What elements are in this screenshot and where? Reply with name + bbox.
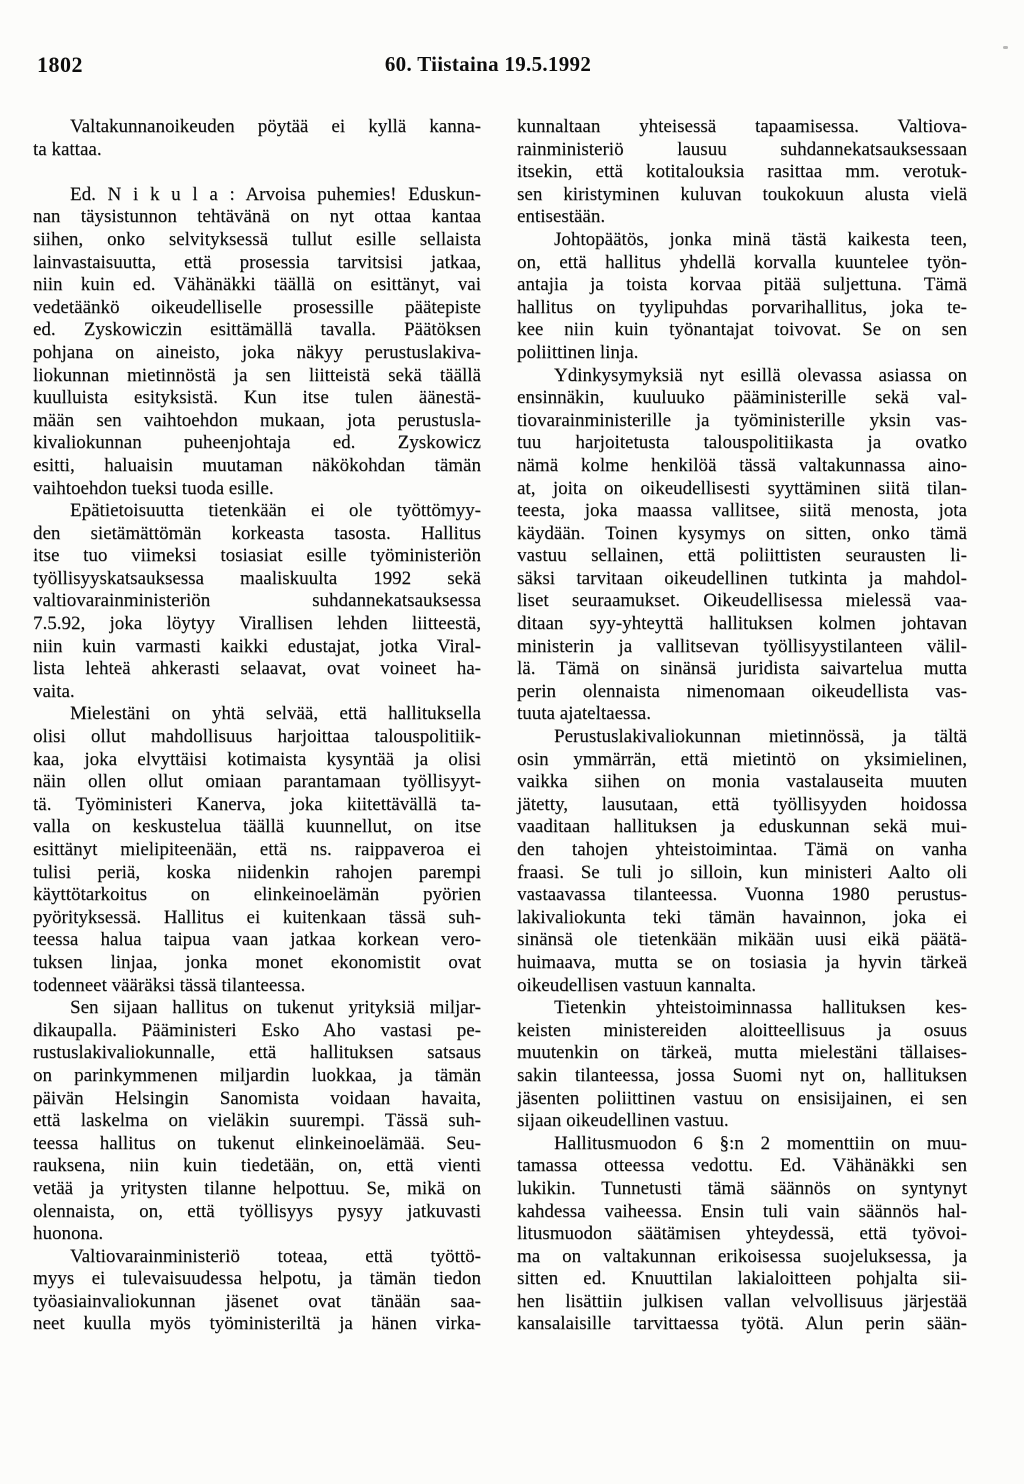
text-line: sitten ed. Knuuttilan lakialoitteen pohj… xyxy=(517,1268,967,1291)
text-line: ed. Zyskowiczin esittämällä tavalla. Pää… xyxy=(33,319,481,342)
text-line: Mielestäni on yhtä selvää, että hallituk… xyxy=(33,703,481,726)
text-line: den sietämättömän korkeasta tasosta. Hal… xyxy=(33,523,481,546)
text-line: Sen sijaan hallitus on tukenut yrityksiä… xyxy=(33,997,481,1020)
text-line: kivaliokunnan puheenjohtaja ed. Zyskowic… xyxy=(33,432,481,455)
text-line: niin kuin ed. Vähänäkki täällä on esittä… xyxy=(33,274,481,297)
text-line: todenneet vääräksi tässä tilanteessa. xyxy=(33,975,481,998)
page-header: 1802 60. Tiistaina 19.5.1992 xyxy=(0,52,1000,82)
text-line: tä. Työministeri Kanerva, joka kiitettäv… xyxy=(33,794,481,817)
text-line: rustuslakivaliokunnalle, että hallitukse… xyxy=(33,1042,481,1065)
text-line: teesta, joka maassa vallitsee, siitä men… xyxy=(517,500,967,523)
paragraph: Valtakunnanoikeuden pöytää ei kyllä kann… xyxy=(33,116,481,161)
text-line: kee niin kuin työnantajat toivovat. Se o… xyxy=(517,319,967,342)
text-line: säksi tarvitaan oikeudellinen tutkinta j… xyxy=(517,568,967,591)
paragraph: Mielestäni on yhtä selvää, että hallituk… xyxy=(33,703,481,997)
text-line: vaihtoehdon tueksi tuoda esille. xyxy=(33,478,481,501)
text-line: neet kuulla myös työministeriltä ja häne… xyxy=(33,1313,481,1336)
text-line: teessa hallitus on tukenut elinkeinoeläm… xyxy=(33,1133,481,1156)
text-line: vaaditaan hallituksen ja eduskunnan sekä… xyxy=(517,816,967,839)
paragraph: Hallitusmuodon 6 §:n 2 momenttiin on muu… xyxy=(517,1133,967,1336)
text-line: tuuta ajateltaessa. xyxy=(517,703,967,726)
paragraph: Tietenkin yhteistoiminnassa hallituksen … xyxy=(517,997,967,1133)
text-line: muutenkin on tärkeä, mutta mielestäni tä… xyxy=(517,1042,967,1065)
text-line: entisestään. xyxy=(517,206,967,229)
right-column: kunnaltaan yhteisessä tapaamisessa. Valt… xyxy=(517,116,967,1336)
text-line: tiovarainministerille ja työministerille… xyxy=(517,410,967,433)
text-line: osin ymmärrän, että mietintö on yksimiel… xyxy=(517,749,967,772)
text-line: mään sen vaihtoehdon mukaan, jota perust… xyxy=(33,410,481,433)
text-line: että laskelma on vieläkin suurempi. Täss… xyxy=(33,1110,481,1133)
text-line: Ydinkysymyksiä nyt esillä olevassa asias… xyxy=(517,365,967,388)
text-line: liokunnan mietinnöstä ja sen liitteistä … xyxy=(33,365,481,388)
text-line: hen lisättiin julkisen vallan velvollisu… xyxy=(517,1291,967,1314)
left-column: Valtakunnanoikeuden pöytää ei kyllä kann… xyxy=(33,116,481,1336)
text-line: Ed. N i k u l a : Arvoisa puhemies! Edus… xyxy=(33,184,481,207)
text-line: kaa, joka elvyttäisi kotimaista kysyntää… xyxy=(33,749,481,772)
text-line: lakivaliokunta teki tämän havainnon, jok… xyxy=(517,907,967,930)
text-line: rainministeriö lausuu suhdannekatsaukses… xyxy=(517,139,967,162)
text-line: sen kiristyminen kuluvan toukokuun alust… xyxy=(517,184,967,207)
text-line: olisi ollut mahdollisuus harjoittaa talo… xyxy=(33,726,481,749)
text-line: Valtiovarainministeriö toteaa, että työt… xyxy=(33,1246,481,1269)
text-line: Tietenkin yhteistoiminnassa hallituksen … xyxy=(517,997,967,1020)
paragraph: Sen sijaan hallitus on tukenut yrityksiä… xyxy=(33,997,481,1246)
text-line: on parinkymmenen miljardin luokkaa, ja t… xyxy=(33,1065,481,1088)
text-line: työllisyyskatsauksessa maaliskuulta 1992… xyxy=(33,568,481,591)
text-line: at, joita on oikeudellisesti syyttäminen… xyxy=(517,478,967,501)
text-line: käydään. Toinen kysymys on sitten, onko … xyxy=(517,523,967,546)
text-line: tuksen linjaa, jonka monet ekonomistit o… xyxy=(33,952,481,975)
text-line: esitti, haluaisin muutaman näkökohdan tä… xyxy=(33,455,481,478)
text-line: valla on keskustelua täällä kuunnellut, … xyxy=(33,816,481,839)
text-line: Epätietoisuutta tietenkään ei ole työttö… xyxy=(33,500,481,523)
text-line: ministerin ja vallitsevan työllisyystila… xyxy=(517,636,967,659)
text-line: jätetty, lausutaan, että työllisyyden ho… xyxy=(517,794,967,817)
text-line: vetää ja yritysten tilanne helpottuu. Se… xyxy=(33,1178,481,1201)
scanned-page: 1802 60. Tiistaina 19.5.1992 Valtakunnan… xyxy=(0,0,1024,1484)
text-line: litusmuodon säätämisen yhteydessä, että … xyxy=(517,1223,967,1246)
text-line: kansalaisille tarvittaessa työtä. Alun p… xyxy=(517,1313,967,1336)
text-line: ditaan syy-yhteyttä hallituksen kolmen j… xyxy=(517,613,967,636)
text-line: on, että hallitus yhdellä korvalla kuunt… xyxy=(517,252,967,275)
text-line: antajia ja toista korvaa pitää suljettun… xyxy=(517,274,967,297)
text-line: vastaavassa tilanteessa. Vuonna 1980 per… xyxy=(517,884,967,907)
text-line: työasiainvaliokunnan jäsenet ovat tänään… xyxy=(33,1291,481,1314)
paragraph: kunnaltaan yhteisessä tapaamisessa. Valt… xyxy=(517,116,967,229)
header-title: 60. Tiistaina 19.5.1992 xyxy=(0,52,976,77)
text-line: siihen, onko selvityksessä tullut esille… xyxy=(33,229,481,252)
text-line: Johtopäätös, jonka minä tästä kaikesta t… xyxy=(517,229,967,252)
text-line: perin olennaista nimenomaan oikeudellist… xyxy=(517,681,967,704)
text-line: lainvastaisuutta, että prosessia tarvits… xyxy=(33,252,481,275)
text-line: tuu harjoitetusta talouspolitiikasta ja … xyxy=(517,432,967,455)
text-line: oikeudellisen vastuun kannalta. xyxy=(517,975,967,998)
text-line: den tahojen yhteistoimintaa. Tämä on van… xyxy=(517,839,967,862)
text-line: tulisi periä, koska niidenkin rahojen pa… xyxy=(33,862,481,885)
paragraph: Valtiovarainministeriö toteaa, että työt… xyxy=(33,1246,481,1336)
text-line: Hallitusmuodon 6 §:n 2 momenttiin on muu… xyxy=(517,1133,967,1156)
paragraph: Epätietoisuutta tietenkään ei ole työttö… xyxy=(33,500,481,703)
paragraph: Ydinkysymyksiä nyt esillä olevassa asias… xyxy=(517,365,967,727)
text-line: teessa halua taipua vaan jatkaa korkean … xyxy=(33,929,481,952)
text-line: sijaan oikeudellinen vastuu. xyxy=(517,1110,967,1133)
text-line: fraasi. Se tuli jo silloin, kun minister… xyxy=(517,862,967,885)
text-line: kuulluista esityksistä. Kun itse tulen ä… xyxy=(33,387,481,410)
text-line: esittänyt mielipiteenään, että ns. raipp… xyxy=(33,839,481,862)
text-line: sinänsä ole tietenkään mikään uusi eikä … xyxy=(517,929,967,952)
paragraph: Johtopäätös, jonka minä tästä kaikesta t… xyxy=(517,229,967,365)
text-line: käyttötarkoitus on elinkeinoelämän pyöri… xyxy=(33,884,481,907)
paragraph: Perustuslakivaliokunnan mietinnössä, ja … xyxy=(517,726,967,997)
text-line: tamassa otteessa vedottu. Ed. Vähänäkki … xyxy=(517,1155,967,1178)
text-line: keisten ministereiden aloitteellisuus ja… xyxy=(517,1020,967,1043)
text-line: niin kuin varmasti kaikki edustajat, jot… xyxy=(33,636,481,659)
text-line: lukikin. Tunnetusti tämä säännös on synt… xyxy=(517,1178,967,1201)
text-line: dikaupalla. Pääministeri Esko Aho vastas… xyxy=(33,1020,481,1043)
text-line: jäsenten poliittinen vastuu on ensisijai… xyxy=(517,1088,967,1111)
text-line: itsekin, että kotitalouksia rasittaa mm.… xyxy=(517,161,967,184)
text-line: myys ei tulevaisuudessa helpotu, ja tämä… xyxy=(33,1268,481,1291)
text-line: vastuu sellainen, että poliittisten seur… xyxy=(517,545,967,568)
text-line: itse tuo viimeksi tosiasiat esille työmi… xyxy=(33,545,481,568)
text-line: hallitus on tyylipuhdas porvarihallitus,… xyxy=(517,297,967,320)
text-line: lä. Tämä on sinänsä juridista saivartelu… xyxy=(517,658,967,681)
text-line: sakin tilanteessa, jossa Suomi nyt on, h… xyxy=(517,1065,967,1088)
text-line: valtiovarainministeriön suhdannekatsauks… xyxy=(33,590,481,613)
text-line: kunnaltaan yhteisessä tapaamisessa. Valt… xyxy=(517,116,967,139)
text-line: nämä kolme henkilöä tässä valtakunnassa … xyxy=(517,455,967,478)
scan-artifact xyxy=(1003,46,1008,49)
text-line: ta kattaa. xyxy=(33,139,481,162)
text-line: 7.5.92, joka löytyy Virallisen lehden li… xyxy=(33,613,481,636)
text-line: huimaava, mutta se on tosiasia ja hyvin … xyxy=(517,952,967,975)
text-line: vaikka siihen on monia vastalauseita muu… xyxy=(517,771,967,794)
text-line: pohjana on aineisto, joka näkyy perustus… xyxy=(33,342,481,365)
text-line: poliittinen linja. xyxy=(517,342,967,365)
text-line: vedetäänkö oikeudelliselle prosessille p… xyxy=(33,297,481,320)
text-line: liset seuraamukset. Oikeudellisessa miel… xyxy=(517,590,967,613)
text-line: ensinnäkin, kuuluuko pääministerille sek… xyxy=(517,387,967,410)
paragraph: Ed. N i k u l a : Arvoisa puhemies! Edus… xyxy=(33,184,481,500)
text-line: näin ollen ollut omiaan parantamaan työl… xyxy=(33,771,481,794)
text-line: pyörityksessä. Hallitus ei kuitenkaan tä… xyxy=(33,907,481,930)
text-line: päivän Helsingin Sanomista voidaan havai… xyxy=(33,1088,481,1111)
text-line: lista lehteä ahkerasti selaavat, ovat vo… xyxy=(33,658,481,681)
text-line: vaita. xyxy=(33,681,481,704)
text-line: rauksena, niin kuin tiedetään, on, että … xyxy=(33,1155,481,1178)
text-line: huonona. xyxy=(33,1223,481,1246)
text-line: Perustuslakivaliokunnan mietinnössä, ja … xyxy=(517,726,967,749)
text-line: Valtakunnanoikeuden pöytää ei kyllä kann… xyxy=(33,116,481,139)
text-line: ma on valtakunnan erikoisessa suojelukse… xyxy=(517,1246,967,1269)
text-line: nan täysistunnon tehtävänä on nyt ottaa … xyxy=(33,206,481,229)
text-line: olennaista, on, että työllisyys pysyy ja… xyxy=(33,1201,481,1224)
text-line: kahdessa vaiheessa. Ensin tuli vain sään… xyxy=(517,1201,967,1224)
